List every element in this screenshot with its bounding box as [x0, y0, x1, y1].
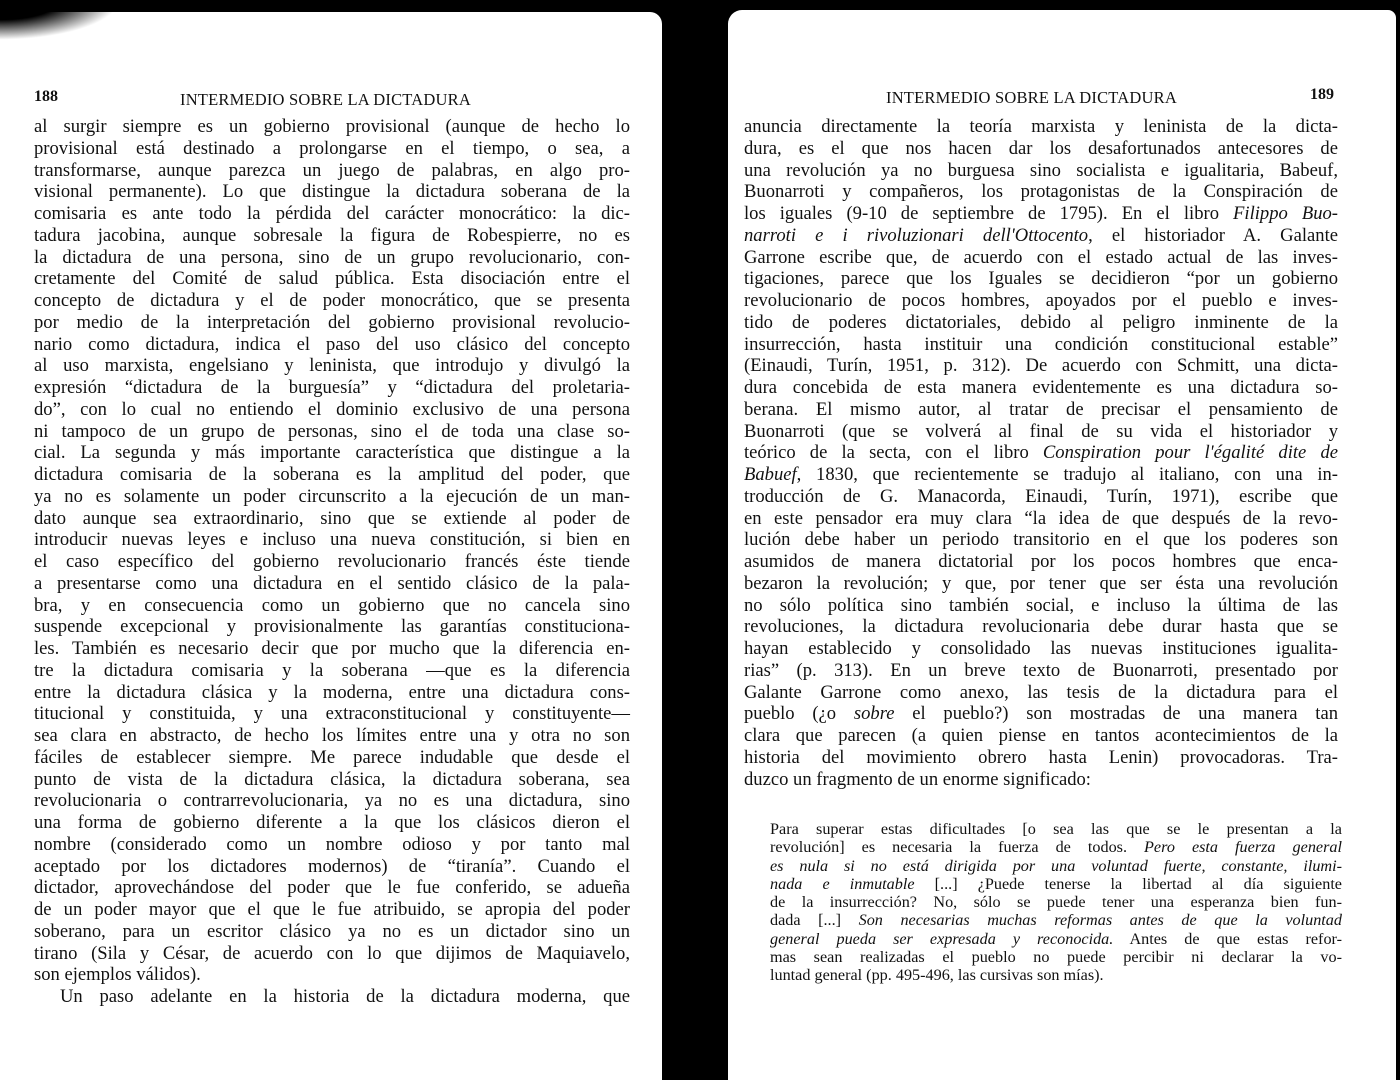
text-line: los iguales (9-10 de septiembre de 1795)…	[744, 203, 1338, 225]
text-line: dictadura comisaria de la soberana es la…	[34, 464, 630, 486]
text-line: teórico de la secta, con el libro Conspi…	[744, 442, 1338, 464]
text-line: son ejemplos válidos).	[34, 964, 630, 986]
text-line: duzco un fragmento de un enorme signific…	[744, 769, 1338, 791]
text-line: dura, es el que nos hacen dar los desafo…	[744, 138, 1338, 160]
right-body-text: anuncia directamente la teoría marxista …	[744, 116, 1338, 790]
text-line: hayan establecido y consolidado las nuev…	[744, 638, 1338, 660]
text-line: fáciles de establecer siempre. Me parece…	[34, 747, 630, 769]
text-line: entre la dictadura clásica y la moderna,…	[34, 682, 630, 704]
quote-line: dada [...] Son necesarias muchas reforma…	[770, 911, 1342, 929]
text-line: cretamente del Comité de salud pública. …	[34, 268, 630, 290]
text-line: a presentarse como una dictadura en el s…	[34, 573, 630, 595]
text-line: la dictadura de una persona, sino de un …	[34, 247, 630, 269]
left-running-head: INTERMEDIO SOBRE LA DICTADURA	[180, 90, 471, 110]
right-page-number: 189	[1310, 86, 1334, 104]
text-line: tadura jacobina, aunque sobresale la fig…	[34, 225, 630, 247]
text-line: suspende excepcional y provisionalmente …	[34, 616, 630, 638]
right-page: INTERMEDIO SOBRE LA DICTADURA 189 anunci…	[728, 10, 1396, 1080]
text-line: asumidos de manera dictatorial por los p…	[744, 551, 1338, 573]
text-line: revolucionaria o contrarrevolucionaria, …	[34, 790, 630, 812]
text-line: concepto de dictadura y el de poder mono…	[34, 290, 630, 312]
text-line: dato aunque sea extraordinario, sino que…	[34, 508, 630, 530]
text-line: berana. El mismo autor, al tratar de pre…	[744, 399, 1338, 421]
text-line: bezaron la revolución; y que, por tener …	[744, 573, 1338, 595]
quote-line: Para superar estas dificultades [o sea l…	[770, 820, 1342, 838]
quote-line: luntad general (pp. 495-496, las cursiva…	[770, 966, 1342, 984]
text-line: Garrone escribe que, de acuerdo con el e…	[744, 247, 1338, 269]
left-page: 188 INTERMEDIO SOBRE LA DICTADURA al sur…	[0, 12, 662, 1080]
text-line: insurrección, hasta instituir una condic…	[744, 334, 1338, 356]
text-line: Babuef, 1830, que recientemente se tradu…	[744, 464, 1338, 486]
text-line: soberano, para un escritor clásico ya no…	[34, 921, 630, 943]
text-line: historia del movimiento obrero hasta Len…	[744, 747, 1338, 769]
text-line: revoluciones, la dictadura revolucionari…	[744, 616, 1338, 638]
text-line: al uso marxista, engelsiano y leninista,…	[34, 355, 630, 377]
text-line: una revolución ya no burguesa sino socia…	[744, 160, 1338, 182]
text-line: clara que parecen (a quien piense en tan…	[744, 725, 1338, 747]
text-line: al surgir siempre es un gobierno provisi…	[34, 116, 630, 138]
block-quote: Para superar estas dificultades [o sea l…	[770, 820, 1342, 985]
text-line: revolucionario de pocos hombres, apoyado…	[744, 290, 1338, 312]
right-running-head: INTERMEDIO SOBRE LA DICTADURA	[886, 88, 1177, 108]
text-line: dura concebida de esta manera evidenteme…	[744, 377, 1338, 399]
text-line: anuncia directamente la teoría marxista …	[744, 116, 1338, 138]
text-line: aceptado por los dictadores modernos) de…	[34, 856, 630, 878]
text-line: dictador, aprovechándose del poder que l…	[34, 877, 630, 899]
text-line: transformarse, aunque parezca un juego d…	[34, 160, 630, 182]
text-line: Buonarroti (que se volverá al final de s…	[744, 421, 1338, 443]
text-line: ya no es solamente un poder circunscrito…	[34, 486, 630, 508]
text-line: nombre (considerado como un nombre odios…	[34, 834, 630, 856]
text-line: bra, y en consecuencia como un gobierno …	[34, 595, 630, 617]
text-line: nario como dictadura, indica el paso del…	[34, 334, 630, 356]
text-line: tido de poderes dictatoriales, debido al…	[744, 312, 1338, 334]
text-line: titucional y constituida, y una extracon…	[34, 703, 630, 725]
text-line: el caso específico del gobierno revoluci…	[34, 551, 630, 573]
text-line: provisional está destinado a prolongarse…	[34, 138, 630, 160]
quote-line: es nula si no está dirigida por una volu…	[770, 857, 1342, 875]
text-line: tigaciones, parece que los Iguales se de…	[744, 268, 1338, 290]
text-line: tre la dictadura comisaria y la soberana…	[34, 660, 630, 682]
text-line: (Einaudi, Turín, 1951, p. 312). De acuer…	[744, 355, 1338, 377]
text-line: Galante Garrone como anexo, las tesis de…	[744, 682, 1338, 704]
text-line: lución debe haber un periodo transitorio…	[744, 529, 1338, 551]
text-line: do”, con lo cual no entiendo el dominio …	[34, 399, 630, 421]
text-line: expresión “dictadura de la burguesía” y …	[34, 377, 630, 399]
text-line: de un poder mayor que el que le fue atri…	[34, 899, 630, 921]
text-line: Buonarroti y compañeros, los protagonist…	[744, 181, 1338, 203]
text-line: tirano (Sila y César, de acuerdo con lo …	[34, 943, 630, 965]
text-line: en este pensador era muy clara “la idea …	[744, 508, 1338, 530]
text-line: no sólo política sino también social, e …	[744, 595, 1338, 617]
text-line: pueblo (¿o sobre el pueblo?) son mostrad…	[744, 703, 1338, 725]
text-line: les. También es necesario decir que por …	[34, 638, 630, 660]
quote-line: revolución] es necesaria la fuerza de to…	[770, 838, 1342, 856]
quote-line: nada e inmutable [...] ¿Puede tenerse la…	[770, 875, 1342, 893]
text-line: por medio de la interpretación del gobie…	[34, 312, 630, 334]
text-line: visional permanente). Lo que distingue l…	[34, 181, 630, 203]
paragraph-start-line: Un paso adelante en la historia de la di…	[34, 986, 630, 1008]
left-body-text: al surgir siempre es un gobierno provisi…	[34, 116, 630, 1008]
text-line: cial. La segunda y más importante caract…	[34, 442, 630, 464]
left-page-number: 188	[34, 88, 58, 106]
text-line: ni tampoco de un grupo de personas, sino…	[34, 421, 630, 443]
quote-line: de la insurrección? No, sólo se puede te…	[770, 893, 1342, 911]
text-line: introducir nuevas leyes e incluso una nu…	[34, 529, 630, 551]
text-line: narroti e i rivoluzionari dell'Ottocento…	[744, 225, 1338, 247]
text-line: rias” (p. 313). En un breve texto de Buo…	[744, 660, 1338, 682]
text-line: punto de vista de la dictadura clásica, …	[34, 769, 630, 791]
quote-line: general pueda ser expresada y reconocida…	[770, 930, 1342, 948]
text-line: sea clara en abstracto, de hecho los lím…	[34, 725, 630, 747]
text-line: comisaria es ante todo la pérdida del ca…	[34, 203, 630, 225]
text-line: una forma de gobierno diferente a la que…	[34, 812, 630, 834]
quote-line: mas sean realizadas el pueblo no puede p…	[770, 948, 1342, 966]
text-line: troducción de G. Manacorda, Einaudi, Tur…	[744, 486, 1338, 508]
